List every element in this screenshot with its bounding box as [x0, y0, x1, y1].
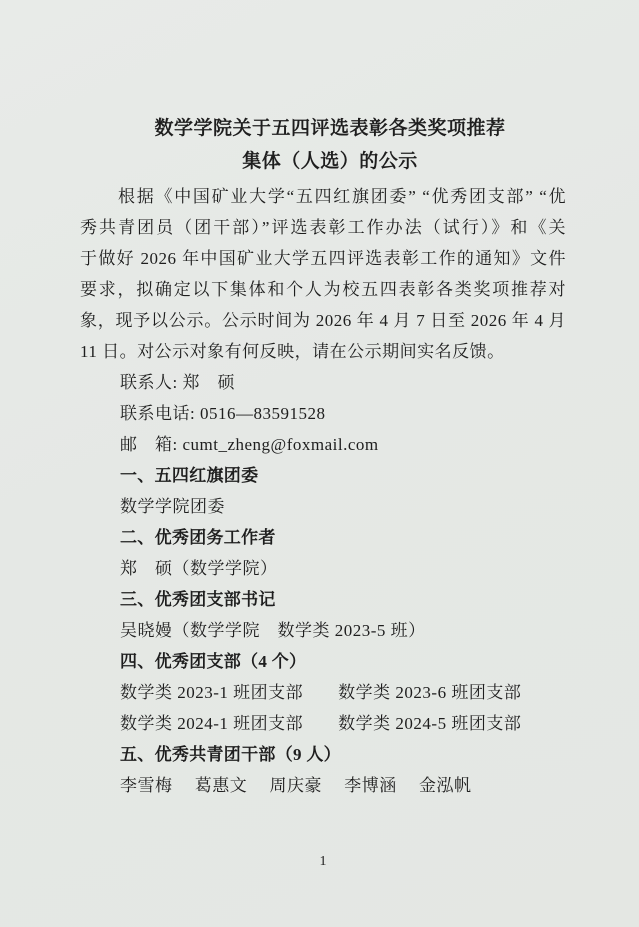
intro-line: 秀共青团员（团干部）”评选表彰工作办法（试行）》和《关	[80, 212, 566, 243]
title-line-2: 集体（人选）的公示	[94, 145, 566, 178]
contact-person-line: 联系人: 郑 硕	[80, 367, 566, 398]
document-title: 数学学院关于五四评选表彰各类奖项推荐 集体（人选）的公示	[80, 112, 566, 178]
intro-paragraph: 根据《中国矿业大学“五四红旗团委” “优秀团支部” “优 秀共青团员（团干部）”…	[80, 181, 566, 367]
section-item: 数学类 2023-1 班团支部 数学类 2023-6 班团支部	[80, 677, 566, 708]
title-line-1: 数学学院关于五四评选表彰各类奖项推荐	[94, 112, 566, 145]
section-heading-youxiu-tuanzhibu: 四、优秀团支部（4 个）	[80, 646, 566, 677]
section-item: 数学类 2024-1 班团支部 数学类 2024-5 班团支部	[80, 708, 566, 739]
intro-line: 根据《中国矿业大学“五四红旗团委” “优秀团支部” “优	[80, 181, 566, 212]
section-item: 李雪梅 葛惠文 周庆豪 李博涵 金泓帆	[80, 770, 566, 801]
intro-line: 于做好 2026 年中国矿业大学五四评选表彰工作的通知》文件	[80, 243, 566, 274]
intro-line: 要求，拟确定以下集体和个人为校五四表彰各类奖项推荐对	[80, 274, 566, 305]
section-item: 郑 硕（数学学院）	[80, 553, 566, 584]
scanned-document-page: 数学学院关于五四评选表彰各类奖项推荐 集体（人选）的公示 根据《中国矿业大学“五…	[0, 0, 639, 927]
intro-line: 象，现予以公示。公示时间为 2026 年 4 月 7 日至 2026 年 4 月	[80, 305, 566, 336]
contact-email-line: 邮 箱: cumt_zheng@foxmail.com	[80, 429, 566, 460]
section-heading-youxiu-gongqingtuan-ganbu: 五、优秀共青团干部（9 人）	[80, 739, 566, 770]
section-heading-youxiu-tuanwu-gongzuozhe: 二、优秀团务工作者	[80, 522, 566, 553]
section-item: 数学学院团委	[80, 491, 566, 522]
intro-line: 11 日。对公示对象有何反映，请在公示期间实名反馈。	[80, 336, 566, 367]
contact-phone-line: 联系电话: 0516—83591528	[80, 398, 566, 429]
section-item: 吴晓嫚（数学学院 数学类 2023-5 班）	[80, 615, 566, 646]
document-content: 数学学院关于五四评选表彰各类奖项推荐 集体（人选）的公示 根据《中国矿业大学“五…	[80, 112, 566, 801]
page-number: 1	[80, 852, 566, 872]
section-heading-hongqi-tuanwei: 一、五四红旗团委	[80, 460, 566, 491]
section-heading-youxiu-tuanzhibu-shuji: 三、优秀团支部书记	[80, 584, 566, 615]
